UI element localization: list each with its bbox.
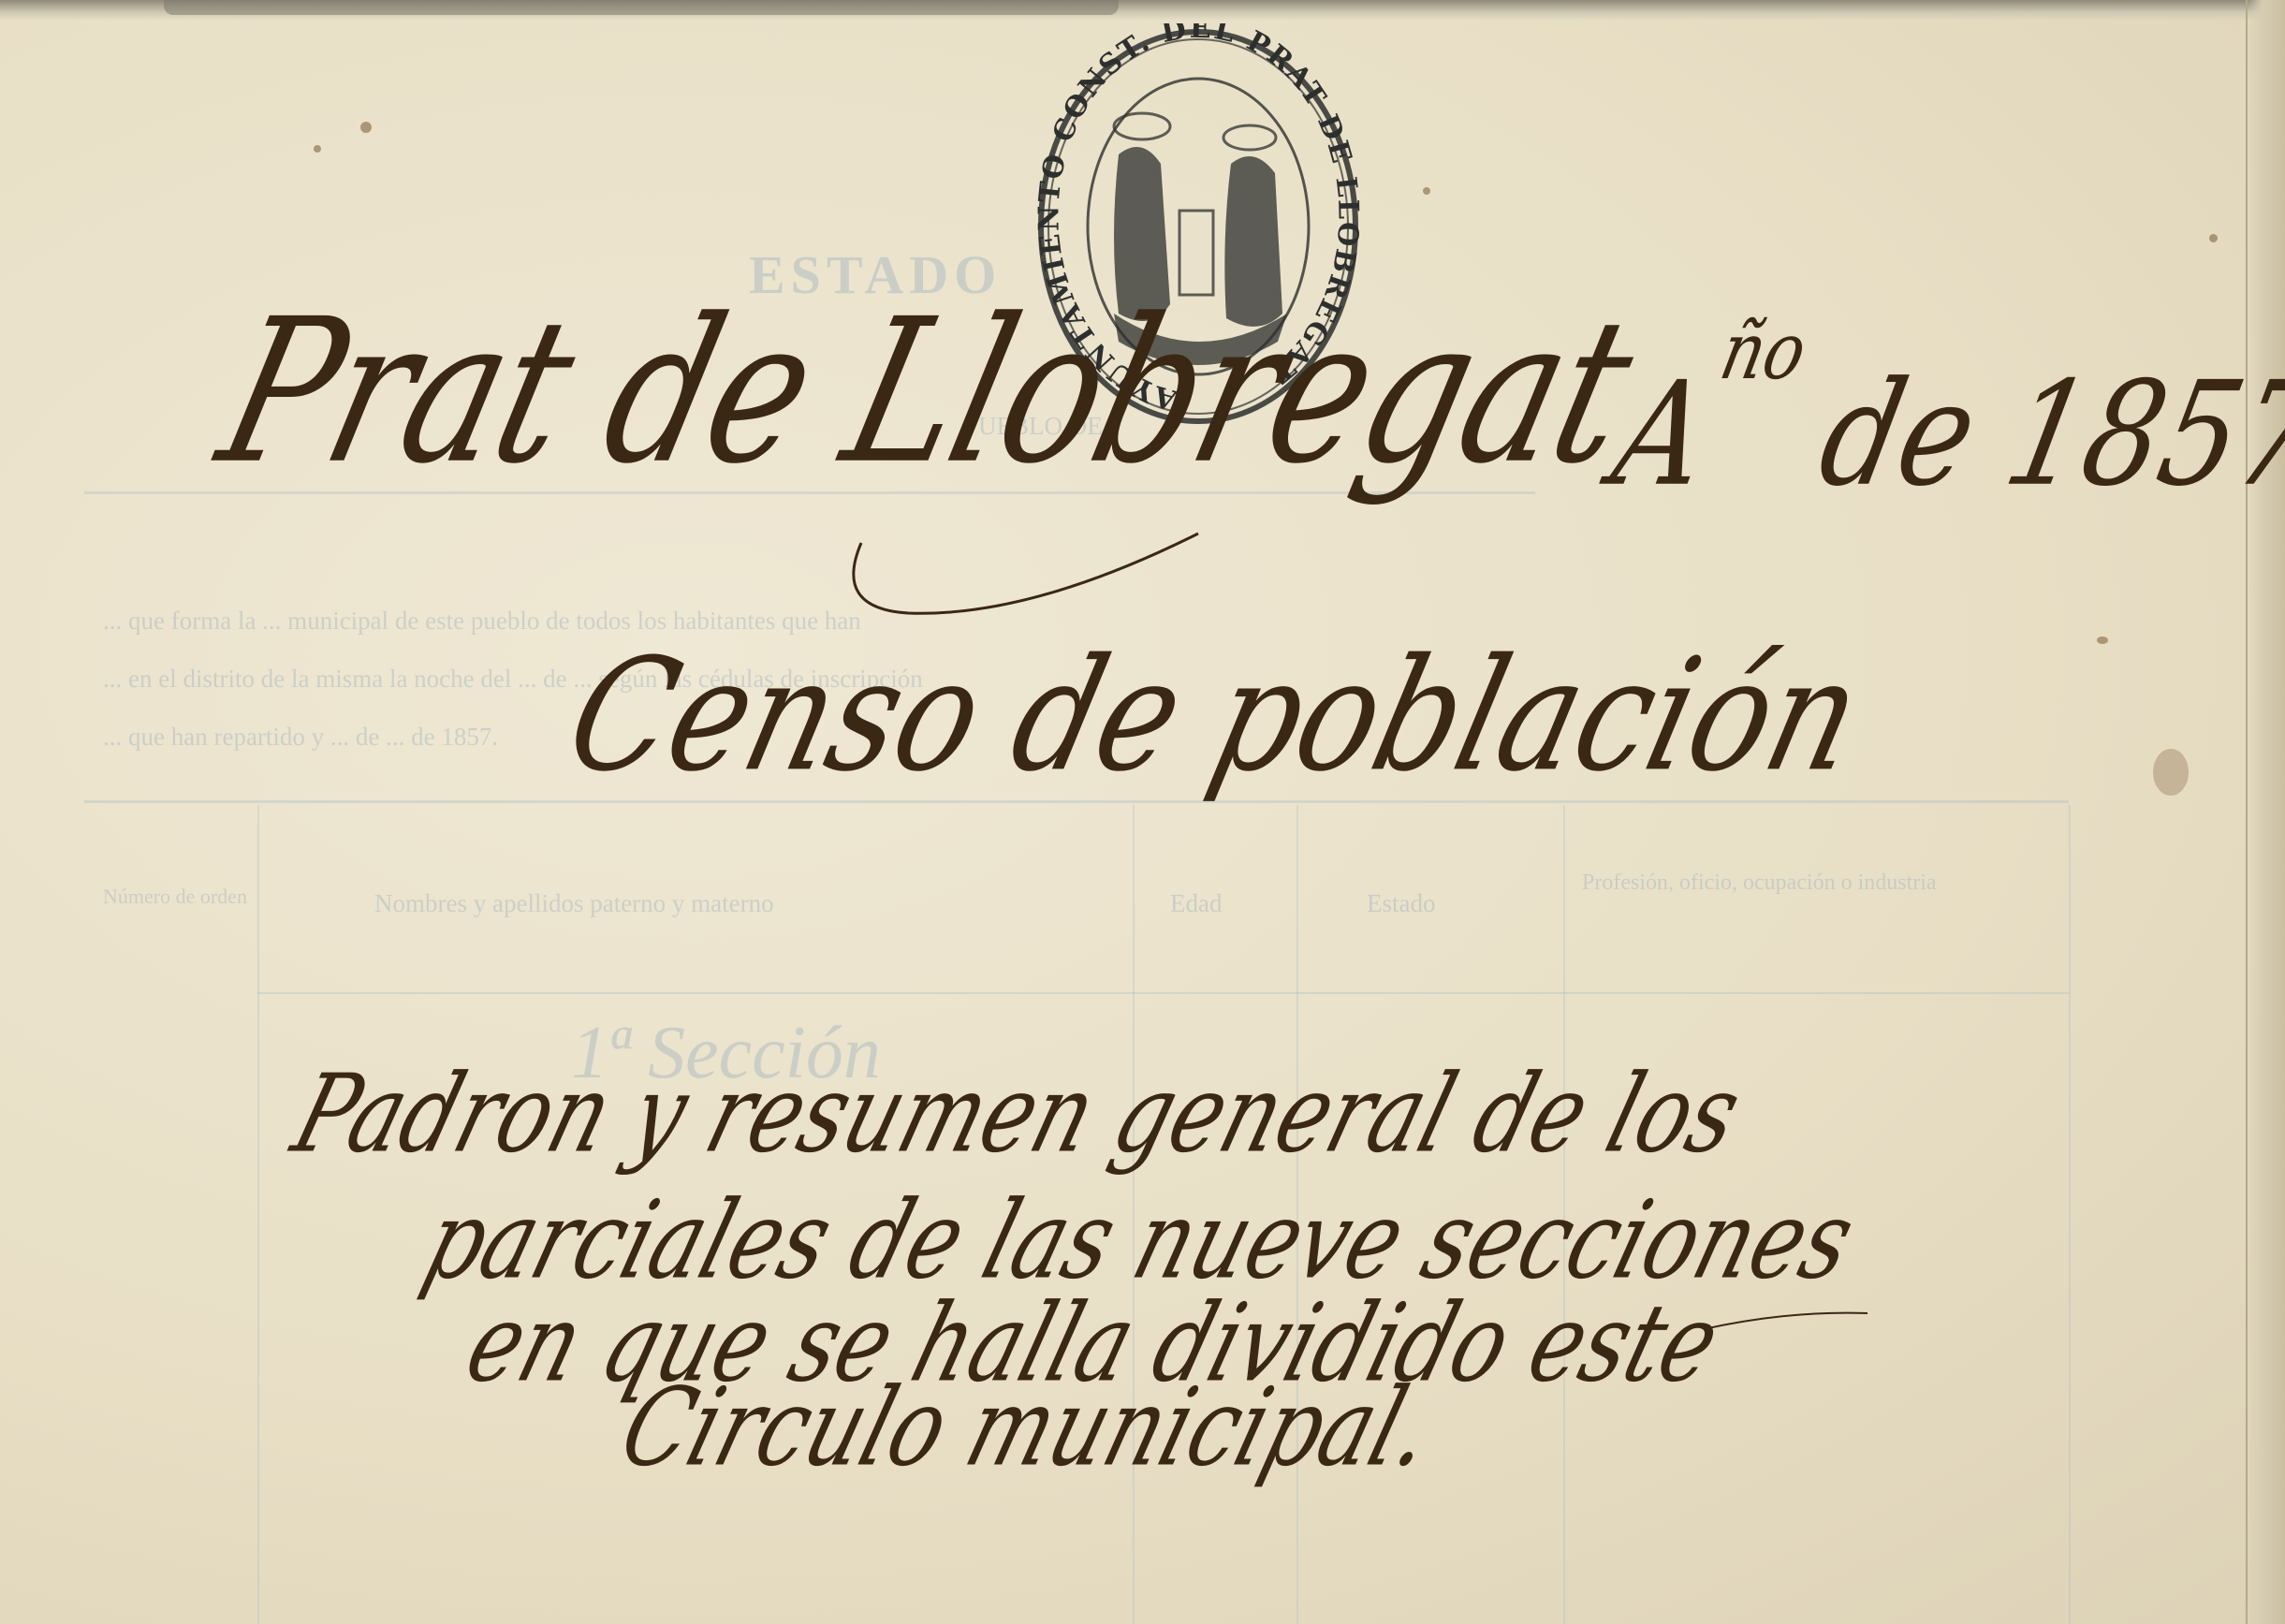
place-name: Prat de Llobregat xyxy=(201,277,1651,509)
printed-col-divider xyxy=(257,805,259,1624)
printed-intro-line-3: ... que han repartido y ... de ... de 18… xyxy=(103,723,498,752)
document-title: Censo de población xyxy=(552,625,1878,806)
flourish-tail xyxy=(1704,1306,1872,1334)
printed-col-status: Estado xyxy=(1367,889,1436,918)
description-line-1: Padron y resumen general de los xyxy=(281,1051,1753,1177)
year-line: Año de 1857 xyxy=(1601,351,2285,519)
page-top-edge xyxy=(0,0,2285,21)
foxing-spot xyxy=(360,122,372,133)
page-right-edge xyxy=(2246,0,2285,1624)
document-page: ESTADO PUEBLO DE ... que forma la ... mu… xyxy=(0,0,2285,1624)
foxing-spot xyxy=(1423,187,1430,195)
foxing-stain xyxy=(2153,749,2189,796)
description-line-4: Circulo municipal. xyxy=(608,1365,1447,1490)
printed-col-profession: Profesión, oficio, ocupación o industria xyxy=(1582,871,1937,896)
foxing-spot xyxy=(2097,636,2108,644)
printed-col-divider xyxy=(2069,805,2071,1624)
year-connector: de xyxy=(1807,351,1990,519)
printed-col-number: Número de orden xyxy=(103,885,247,909)
flourish-underline xyxy=(824,524,1217,627)
year-value: 1857 xyxy=(1993,351,2285,519)
year-label-superscript: ño xyxy=(1713,305,1814,397)
printed-col-names: Nombres y apellidos paterno y materno xyxy=(374,889,774,918)
foxing-spot xyxy=(2209,234,2218,242)
printed-col-age: Edad xyxy=(1170,889,1222,918)
binding-tab xyxy=(164,0,1119,15)
foxing-spot xyxy=(314,145,321,153)
printed-table-header-bottom xyxy=(257,992,2069,994)
